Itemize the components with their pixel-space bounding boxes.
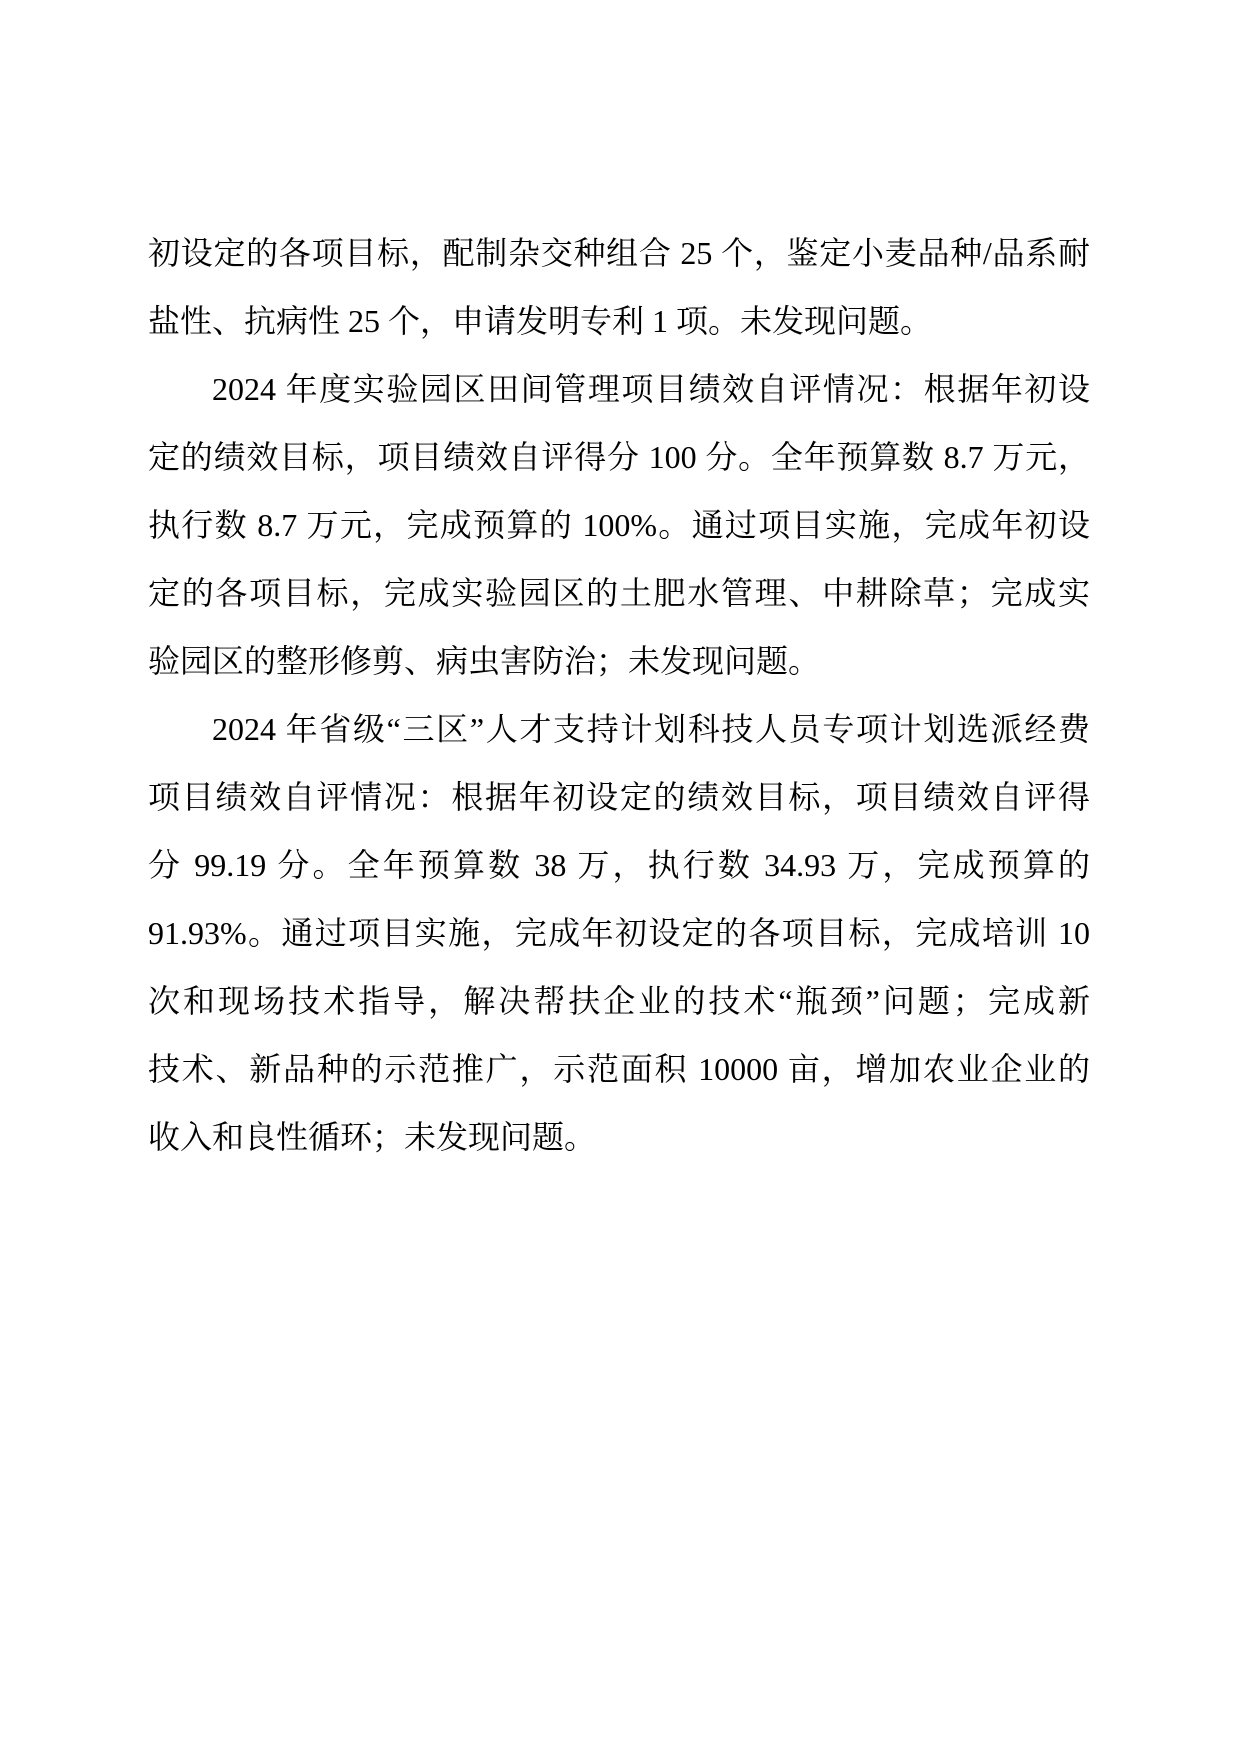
text-line: 技术、新品种的示范推广，示范面积 10000 亩，增加农业企业的 (148, 1035, 1090, 1103)
text-line: 91.93%。通过项目实施，完成年初设定的各项目标，完成培训 10 (148, 899, 1090, 967)
text-line: 分 99.19 分。全年预算数 38 万，执行数 34.93 万，完成预算的 (148, 831, 1090, 899)
text-line: 2024 年省级“三区”人才支持计划科技人员专项计划选派经费 (148, 695, 1090, 763)
text-line: 执行数 8.7 万元，完成预算的 100%。通过项目实施，完成年初设 (148, 491, 1090, 559)
text-line: 收入和良性循环；未发现问题。 (148, 1103, 1090, 1171)
text-line: 项目绩效自评情况：根据年初设定的绩效目标，项目绩效自评得 (148, 763, 1090, 831)
text-line: 2024 年度实验园区田间管理项目绩效自评情况：根据年初设 (148, 355, 1090, 423)
text-line: 定的绩效目标，项目绩效自评得分 100 分。全年预算数 8.7 万元， (148, 423, 1090, 491)
text-line: 次和现场技术指导，解决帮扶企业的技术“瓶颈”问题；完成新 (148, 967, 1090, 1035)
text-line: 定的各项目标，完成实验园区的土肥水管理、中耕除草；完成实 (148, 559, 1090, 627)
text-line: 初设定的各项目标，配制杂交种组合 25 个，鉴定小麦品种/品系耐 (148, 219, 1090, 287)
document-page: 初设定的各项目标，配制杂交种组合 25 个，鉴定小麦品种/品系耐 盐性、抗病性 … (0, 0, 1241, 1754)
text-line: 盐性、抗病性 25 个，申请发明专利 1 项。未发现问题。 (148, 287, 1090, 355)
document-text-block: 初设定的各项目标，配制杂交种组合 25 个，鉴定小麦品种/品系耐 盐性、抗病性 … (148, 219, 1090, 1171)
text-line: 验园区的整形修剪、病虫害防治；未发现问题。 (148, 627, 1090, 695)
